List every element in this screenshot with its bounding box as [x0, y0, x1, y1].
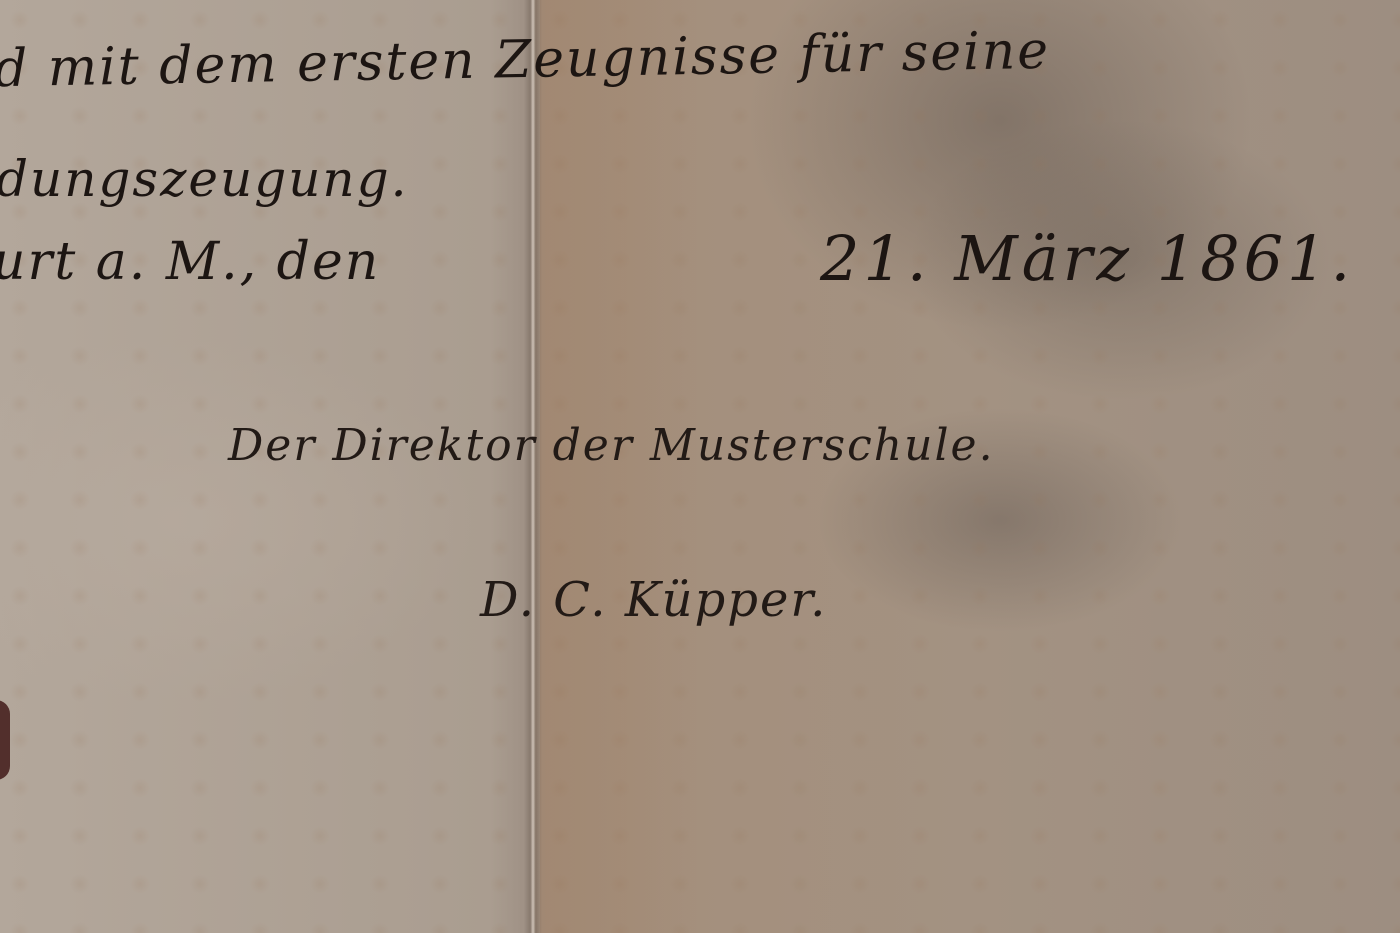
text-line-3-place: urt a. M., den	[0, 232, 380, 292]
signature: D. C. Küpper.	[480, 572, 827, 628]
closing-title: Der Direktor der Musterschule.	[228, 420, 995, 471]
wax-seal-fragment	[0, 700, 10, 780]
text-line-3-date: 21. März 1861.	[820, 222, 1354, 295]
text-line-2: dungszeugung.	[0, 150, 409, 208]
